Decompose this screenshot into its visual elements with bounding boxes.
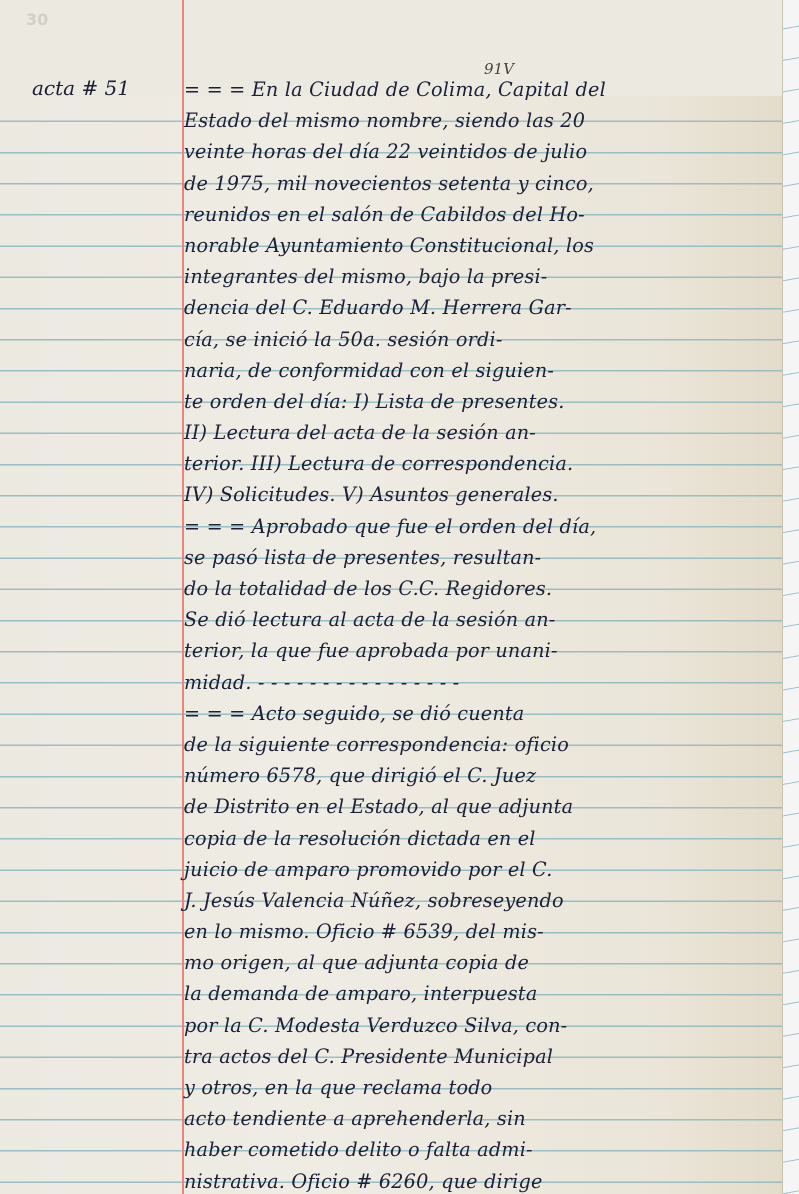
text-line: II) Lectura del acta de la sesión an- bbox=[182, 417, 782, 448]
text-line: Se dió lectura al acta de la sesión an- bbox=[182, 604, 782, 635]
text-line: integrantes del mismo, bajo la presi- bbox=[182, 261, 782, 292]
text-line: se pasó lista de presentes, resultan- bbox=[182, 542, 782, 573]
text-line: en lo mismo. Oficio # 6539, del mis- bbox=[182, 916, 782, 947]
text-line: dencia del C. Eduardo M. Herrera Gar- bbox=[182, 292, 782, 323]
text-line: do la totalidad de los C.C. Regidores. bbox=[182, 573, 782, 604]
text-line: = = = Aprobado que fue el orden del día, bbox=[182, 511, 782, 542]
text-line: reunidos en el salón de Cabildos del Ho- bbox=[182, 199, 782, 230]
text-line: nistrativa. Oficio # 6260, que dirige bbox=[182, 1166, 782, 1194]
text-line: juicio de amparo promovido por el C. bbox=[182, 854, 782, 885]
text-line: de Distrito en el Estado, al que adjunta bbox=[182, 791, 782, 822]
corner-mark: 30 bbox=[26, 10, 48, 29]
text-line: te orden del día: I) Lista de presentes. bbox=[182, 386, 782, 417]
text-line: IV) Solicitudes. V) Asuntos generales. bbox=[182, 479, 782, 510]
text-line: norable Ayuntamiento Constitucional, los bbox=[182, 230, 782, 261]
text-line: terior. III) Lectura de correspondencia. bbox=[182, 448, 782, 479]
handwritten-text: = = = En la Ciudad de Colima, Capital de… bbox=[182, 74, 782, 1194]
text-line: naria, de conformidad con el siguien- bbox=[182, 355, 782, 386]
text-line: número 6578, que dirigió el C. Juez bbox=[182, 760, 782, 791]
text-line: copia de la resolución dictada en el bbox=[182, 823, 782, 854]
entry-label: acta # 51 bbox=[32, 76, 130, 100]
text-line: por la C. Modesta Verduzco Silva, con- bbox=[182, 1010, 782, 1041]
next-page-rules bbox=[783, 0, 799, 1194]
text-line: la demanda de amparo, interpuesta bbox=[182, 978, 782, 1009]
text-line: midad. - - - - - - - - - - - - - - - - bbox=[182, 667, 782, 698]
text-line: J. Jesús Valencia Núñez, sobreseyendo bbox=[182, 885, 782, 916]
text-line: = = = En la Ciudad de Colima, Capital de… bbox=[182, 74, 782, 105]
text-line: veinte horas del día 22 veintidos de jul… bbox=[182, 136, 782, 167]
text-line: de 1975, mil novecientos setenta y cinco… bbox=[182, 168, 782, 199]
text-line: mo origen, al que adjunta copia de bbox=[182, 947, 782, 978]
text-line: = = = Acto seguido, se dió cuenta bbox=[182, 698, 782, 729]
text-line: Estado del mismo nombre, siendo las 20 bbox=[182, 105, 782, 136]
text-line: tra actos del C. Presidente Municipal bbox=[182, 1041, 782, 1072]
text-line: haber cometido delito o falta admi- bbox=[182, 1134, 782, 1165]
text-line: terior, la que fue aprobada por unani- bbox=[182, 635, 782, 666]
text-line: acto tendiente a aprehenderla, sin bbox=[182, 1103, 782, 1134]
text-line: de la siguiente correspondencia: oficio bbox=[182, 729, 782, 760]
ledger-page: 30 91V acta # 51 = = = En la Ciudad de C… bbox=[0, 0, 782, 1194]
text-line: y otros, en la que reclama todo bbox=[182, 1072, 782, 1103]
text-line: cía, se inició la 50a. sesión ordi- bbox=[182, 324, 782, 355]
